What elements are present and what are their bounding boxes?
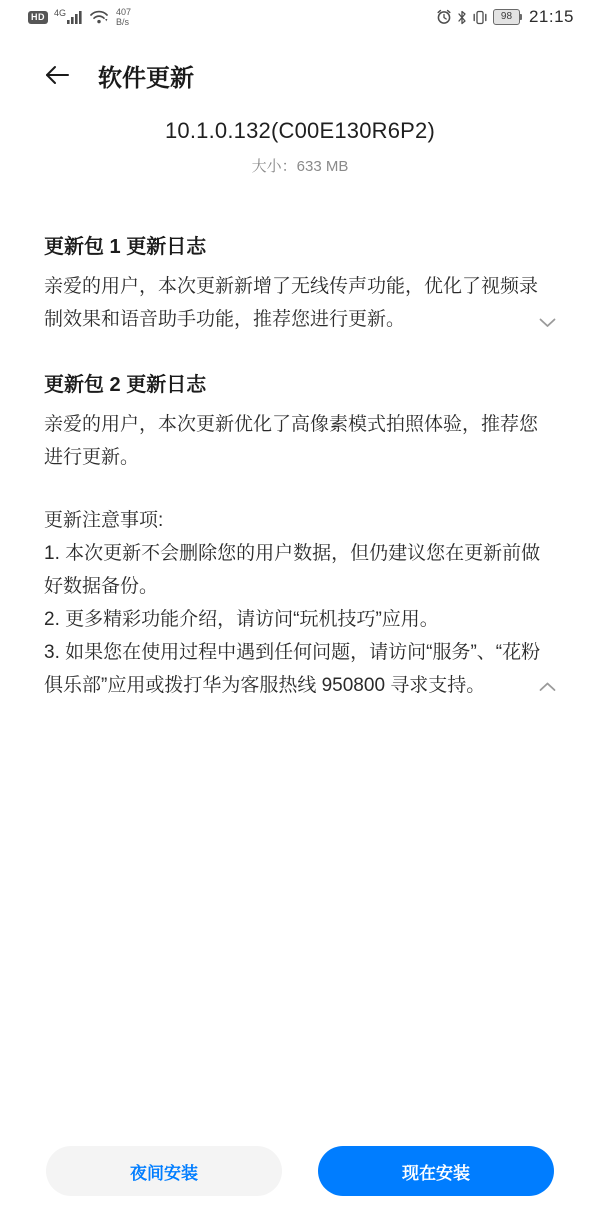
update-note-2: 2. 更多精彩功能介绍，请访问“玩机技巧”应用。 xyxy=(44,603,556,636)
night-install-button[interactable]: 夜间安装 xyxy=(46,1146,282,1196)
wifi-icon xyxy=(90,10,110,25)
update-package-1-body: 亲爱的用户，本次更新新增了无线传声功能，优化了视频录制效果和语音助手功能，推荐您… xyxy=(44,270,556,336)
chevron-down-icon[interactable] xyxy=(539,318,556,328)
cellular-signal: 4G xyxy=(54,10,84,24)
update-package-2-section: 更新包 2 更新日志 亲爱的用户，本次更新优化了高像素模式拍照体验，推荐您进行更… xyxy=(44,372,556,474)
update-notes-section: 更新注意事项: 1. 本次更新不会删除您的用户数据，但仍建议您在更新前做好数据备… xyxy=(44,504,556,702)
network-speed-value: 407 xyxy=(116,7,131,17)
hd-icon: HD xyxy=(28,11,48,24)
update-package-2-body: 亲爱的用户，本次更新优化了高像素模式拍照体验，推荐您进行更新。 xyxy=(44,408,556,474)
version-block: 10.1.0.132(C00E130R6P2) 大小：633 MB xyxy=(0,118,600,176)
battery-percent: 98 xyxy=(493,9,520,25)
update-package-1-section: 更新包 1 更新日志 亲爱的用户，本次更新新增了无线传声功能，优化了视频录制效果… xyxy=(44,234,556,336)
version-number: 10.1.0.132(C00E130R6P2) xyxy=(0,118,600,144)
network-speed: 407 B/s xyxy=(116,7,131,28)
bluetooth-icon xyxy=(457,10,467,25)
chevron-up-icon[interactable] xyxy=(539,682,556,692)
update-package-1-title: 更新包 1 更新日志 xyxy=(44,234,556,260)
install-now-button[interactable]: 现在安装 xyxy=(318,1146,554,1196)
update-note-3: 3. 如果您在使用过程中遇到任何问题，请访问“服务”、“花粉俱乐部”应用或拨打华… xyxy=(44,636,556,702)
network-type-label: 4G xyxy=(54,8,66,18)
footer-actions: 夜间安装 现在安装 xyxy=(0,1146,600,1196)
battery-cap xyxy=(520,14,522,20)
battery-icon: 98 xyxy=(493,9,522,25)
changelog-content: 更新包 1 更新日志 亲爱的用户，本次更新新增了无线传声功能，优化了视频录制效果… xyxy=(0,234,600,702)
header: 软件更新 xyxy=(0,52,600,98)
back-arrow-icon xyxy=(44,64,70,86)
update-notes-title: 更新注意事项: xyxy=(44,504,556,537)
network-speed-unit: B/s xyxy=(116,17,131,27)
version-size: 大小：633 MB xyxy=(0,155,600,176)
clock-time: 21:15 xyxy=(529,7,574,27)
update-package-2-title: 更新包 2 更新日志 xyxy=(44,372,556,398)
software-update-screen: HD 4G xyxy=(0,0,600,1224)
vibrate-icon xyxy=(472,10,488,25)
back-button[interactable] xyxy=(44,64,70,86)
alarm-icon xyxy=(436,9,452,25)
update-note-1: 1. 本次更新不会删除您的用户数据，但仍建议您在更新前做好数据备份。 xyxy=(44,537,556,603)
page-title: 软件更新 xyxy=(98,58,194,93)
status-bar-right: 98 21:15 xyxy=(431,7,574,27)
status-bar-left: HD 4G xyxy=(28,7,137,28)
signal-bars-icon xyxy=(67,10,84,24)
status-bar: HD 4G xyxy=(0,0,600,36)
